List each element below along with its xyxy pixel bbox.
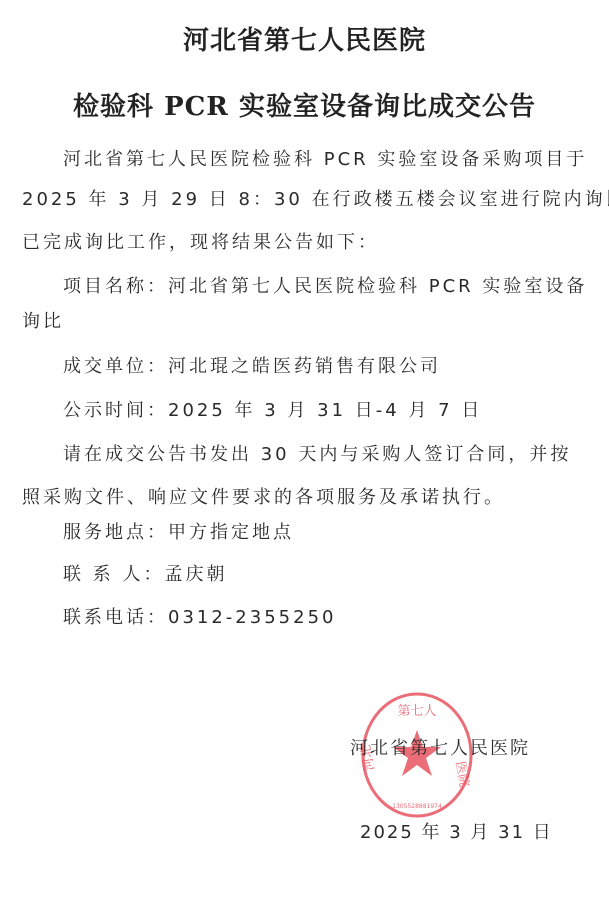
svg-text:1305528881974: 1305528881974 xyxy=(392,803,442,810)
body-line: 服务地点：甲方指定地点 xyxy=(63,518,609,544)
document-title-line1: 河北省第七人民医院 xyxy=(0,20,609,57)
body-line: 询比 xyxy=(22,307,609,333)
body-line: 成交单位：河北琨之皓医药销售有限公司 xyxy=(63,352,609,378)
body-line: 联系电话：0312-2355250 xyxy=(63,603,609,629)
body-line: 已完成询比工作，现将结果公告如下： xyxy=(22,228,609,254)
body-line: 公示时间：2025 年 3 月 31 日-4 月 7 日 xyxy=(63,396,609,422)
body-line: 项目名称：河北省第七人民医院检验科 PCR 实验室设备 xyxy=(63,272,609,298)
body-line: 请在成交公告书发出 30 天内与采购人签订合同，并按 xyxy=(63,440,609,466)
body-line: 照采购文件、响应文件要求的各项服务及承诺执行。 xyxy=(22,483,609,509)
body-line: 2025 年 3 月 29 日 8：30 在行政楼五楼会议室进行院内询比， xyxy=(22,185,609,211)
body-line: 河北省第七人民医院检验科 PCR 实验室设备采购项目于 xyxy=(63,145,609,171)
signature-organization: 河北省第七人民医院 xyxy=(350,734,530,760)
document-title-line2: 检验科 PCR 实验室设备询比成交公告 xyxy=(0,86,609,123)
svg-text:医院: 医院 xyxy=(452,760,471,788)
body-line: 联 系 人：孟庆朝 xyxy=(63,560,609,586)
signature-date: 2025 年 3 月 31 日 xyxy=(360,818,553,844)
svg-text:第七人: 第七人 xyxy=(397,704,436,719)
